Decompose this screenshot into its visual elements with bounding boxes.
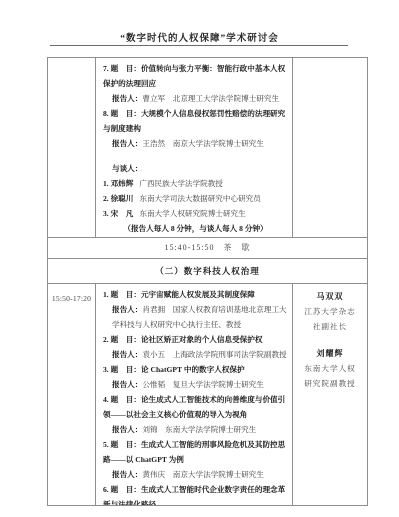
item-title: 论 ChatGPT 中的数字人权保护	[141, 365, 245, 374]
agenda-item-5: 5. 题 目：生成式人工智能的刑事风险危机及其防控思路——以 ChatGPT 为…	[103, 437, 288, 467]
discussant-name: 宋 凡	[111, 209, 134, 218]
reporter-name-affiliation: 黄伟庆 南京大学法学院博士研究生	[142, 470, 264, 479]
reporter-name-affiliation: 公惟韬 复旦大学法学院博士研究生	[142, 380, 264, 389]
tea-break-row: 15:40-15:50 茶 歇	[48, 237, 367, 258]
item-number: 6.	[103, 485, 111, 494]
reporter-name-affiliation: 袁小五 上海政法学院刑事司法学院副教授	[142, 350, 286, 359]
discussant-1: 1. 邓炜辉广西民族大学法学院教授	[103, 176, 288, 191]
header-rule	[50, 45, 348, 46]
commentator-2: 刘耀辉 东南大学人权研究院副教授	[303, 346, 357, 391]
discussants-label: 与谈人：	[103, 161, 288, 176]
session2-heading: （二）数字科技人权治理	[155, 266, 260, 276]
discussant-number: 3.	[103, 209, 111, 218]
item-number: 2.	[103, 335, 111, 344]
reporter-line-5: 报告人：黄伟庆 南京大学法学院博士研究生	[103, 467, 288, 482]
session1-time-cell	[48, 58, 96, 237]
reporter-line-1: 报告人：肖君拥 国家人权教育培训基地北京理工大学科技与人权研究中心执行主任、教授	[103, 302, 288, 332]
discussant-number: 1.	[103, 179, 111, 188]
item-label: 题 目：	[111, 395, 141, 404]
item-number: 1.	[103, 290, 111, 299]
item-number: 3.	[103, 365, 111, 374]
commentator-name: 刘耀辉	[303, 346, 357, 361]
reporter-label: 报告人：	[112, 350, 142, 359]
reporter-name-affiliation: 王浩然 南京大学法学院博士研究生	[142, 139, 264, 148]
reporter-label: 报告人：	[112, 94, 142, 103]
discussant-number: 2.	[103, 194, 111, 203]
session1-commentator-cell	[293, 58, 367, 237]
session2-row: 15:50-17:20 1. 题 目：元宇宙赋能人权发展及其制度保障 报告人：肖…	[48, 283, 367, 505]
session1-content-cell: 7. 题 目：价值转向与张力平衡：智能行政中基本人权保护的法理回应 报告人：曹立…	[96, 58, 293, 237]
session2-time-cell: 15:50-17:20	[48, 284, 96, 505]
item-number: 7.	[103, 64, 111, 73]
session2-time: 15:50-17:20	[52, 294, 91, 303]
discussant-affiliation: 东南大学司法大数据研究中心研究员	[139, 194, 261, 203]
discussant-3: 3. 宋 凡东南大学人权研究院博士研究生	[103, 206, 288, 221]
item-number: 5.	[103, 440, 111, 449]
item-label: 题 目：	[111, 485, 141, 494]
item-label: 题 目：	[111, 109, 141, 118]
item-title: 论社区矫正对象的个人信息受保护权	[141, 335, 263, 344]
reporter-line-7: 报告人：曹立军 北京理工大学法学院博士研究生	[103, 91, 288, 106]
timing-note: （报告人每人 8 分钟，与谈人每人 8 分钟）	[103, 221, 288, 236]
item-title: 元宇宙赋能人权发展及其制度保障	[141, 290, 255, 299]
conference-title: “数字时代的人权保障”学术研讨会	[0, 30, 399, 44]
reporter-line-2: 报告人：袁小五 上海政法学院刑事司法学院副教授	[103, 347, 288, 362]
discussant-affiliation: 东南大学人权研究院博士研究生	[139, 209, 245, 218]
session1-row: 7. 题 目：价值转向与张力平衡：智能行政中基本人权保护的法理回应 报告人：曹立…	[48, 58, 367, 237]
agenda-item-6: 6. 题 目：生成式人工智能时代企业数字责任的理念革新与法律化路径	[103, 482, 288, 505]
agenda-item-1: 1. 题 目：元宇宙赋能人权发展及其制度保障	[103, 287, 288, 302]
reporter-line-4: 报告人：刘锦 东南大学法学院博士研究生	[103, 422, 288, 437]
reporter-label: 报告人：	[112, 425, 142, 434]
agenda-item-3: 3. 题 目：论 ChatGPT 中的数字人权保护	[103, 362, 288, 377]
reporter-line-8: 报告人：王浩然 南京大学法学院博士研究生	[103, 136, 288, 151]
item-label: 题 目：	[111, 64, 141, 73]
item-label: 题 目：	[111, 365, 141, 374]
session2-commentator-cell: 马双双 江苏大学杂志社副社长 刘耀辉 东南大学人权研究院副教授	[293, 284, 367, 505]
item-label: 题 目：	[111, 440, 141, 449]
reporter-label: 报告人：	[112, 380, 142, 389]
agenda-item-4: 4. 题 目：论生成式人工智能技术的向善维度与价值引领——以社会主义核心价值观的…	[103, 392, 288, 422]
tea-break-text: 15:40-15:50 茶 歇	[164, 243, 250, 252]
session2-heading-row: （二）数字科技人权治理	[48, 258, 367, 283]
item-label: 题 目：	[111, 290, 141, 299]
item-number: 8.	[103, 109, 111, 118]
reporter-name-affiliation: 曹立军 北京理工大学法学院博士研究生	[142, 94, 279, 103]
commentator-name: 马双双	[303, 289, 357, 304]
reporter-label: 报告人：	[112, 139, 142, 148]
agenda-table: 7. 题 目：价值转向与张力平衡：智能行政中基本人权保护的法理回应 报告人：曹立…	[47, 57, 368, 506]
commentator-1: 马双双 江苏大学杂志社副社长	[303, 289, 357, 334]
discussant-name: 邓炜辉	[111, 179, 134, 188]
session2-content-cell: 1. 题 目：元宇宙赋能人权发展及其制度保障 报告人：肖君拥 国家人权教育培训基…	[96, 284, 293, 505]
document-page: “数字时代的人权保障”学术研讨会 7. 题 目：价值转向与张力平衡：智能行政中基…	[0, 0, 399, 517]
reporter-name-affiliation: 刘锦 东南大学法学院博士研究生	[142, 425, 256, 434]
commentator-affiliation: 东南大学人权研究院副教授	[303, 361, 357, 391]
discussant-name: 徐聪川	[111, 194, 134, 203]
reporter-label: 报告人：	[112, 470, 142, 479]
commentator-affiliation: 江苏大学杂志社副社长	[303, 304, 357, 334]
agenda-item-8: 8. 题 目：大规模个人信息侵权惩罚性赔偿的法理研究与制度建构	[103, 106, 288, 136]
reporter-label: 报告人：	[112, 305, 142, 314]
item-number: 4.	[103, 395, 111, 404]
item-label: 题 目：	[111, 335, 141, 344]
discussant-2: 2. 徐聪川东南大学司法大数据研究中心研究员	[103, 191, 288, 206]
agenda-item-7: 7. 题 目：价值转向与张力平衡：智能行政中基本人权保护的法理回应	[103, 61, 288, 91]
reporter-line-3: 报告人：公惟韬 复旦大学法学院博士研究生	[103, 377, 288, 392]
discussant-affiliation: 广西民族大学法学院教授	[139, 179, 223, 188]
agenda-item-2: 2. 题 目：论社区矫正对象的个人信息受保护权	[103, 332, 288, 347]
